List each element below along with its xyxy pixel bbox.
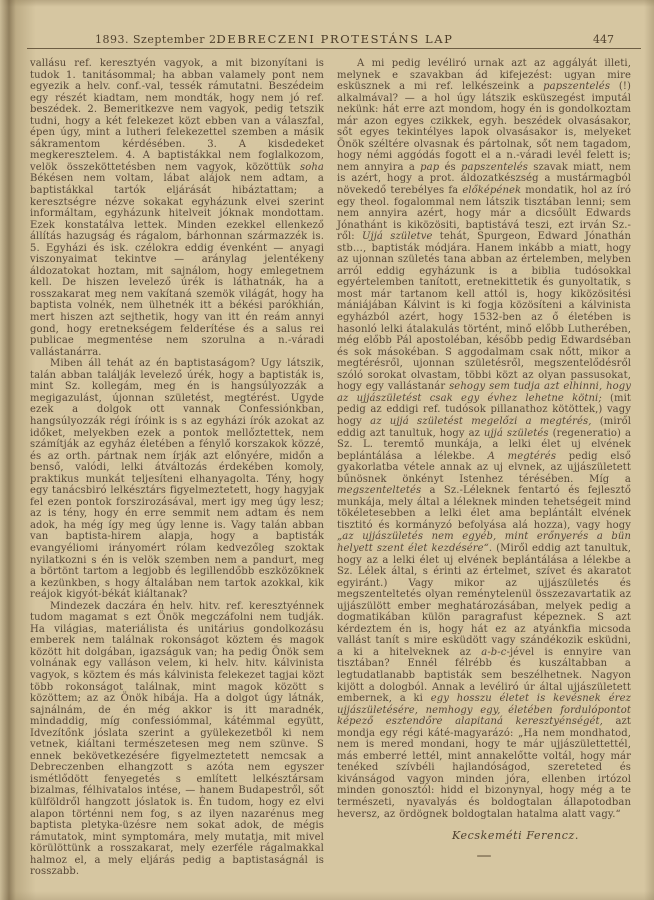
- page-header: 1893. Szeptember 2. DEBRECZENI PROTESTÁN…: [0, 31, 654, 49]
- journal-title: DEBRECZENI PROTESTÁNS LAP: [190, 32, 480, 46]
- author-signature: Kecskeméti Ferencz.: [337, 829, 631, 842]
- paragraph-continued: vallásu ref. keresztyén vagyok, a mit bi…: [30, 58, 324, 358]
- scanned-newspaper-page: 1893. Szeptember 2. DEBRECZENI PROTESTÁN…: [0, 0, 654, 900]
- article-body: vallásu ref. keresztyén vagyok, a mit bi…: [30, 58, 631, 878]
- paragraph: A mi pedig levéliró urnak azt az aggályá…: [337, 58, 631, 820]
- section-end-rule: —: [337, 850, 631, 860]
- right-column: A mi pedig levéliró urnak azt az aggályá…: [337, 58, 631, 878]
- left-column: vallásu ref. keresztyén vagyok, a mit bi…: [30, 58, 324, 878]
- page-number: 447: [593, 33, 614, 46]
- paragraph: Miben áll tehát az én baptistaságom? Ugy…: [30, 358, 324, 600]
- header-rule: [27, 48, 641, 49]
- paragraph: Mindezek daczára én helv. hitv. ref. ker…: [30, 601, 324, 878]
